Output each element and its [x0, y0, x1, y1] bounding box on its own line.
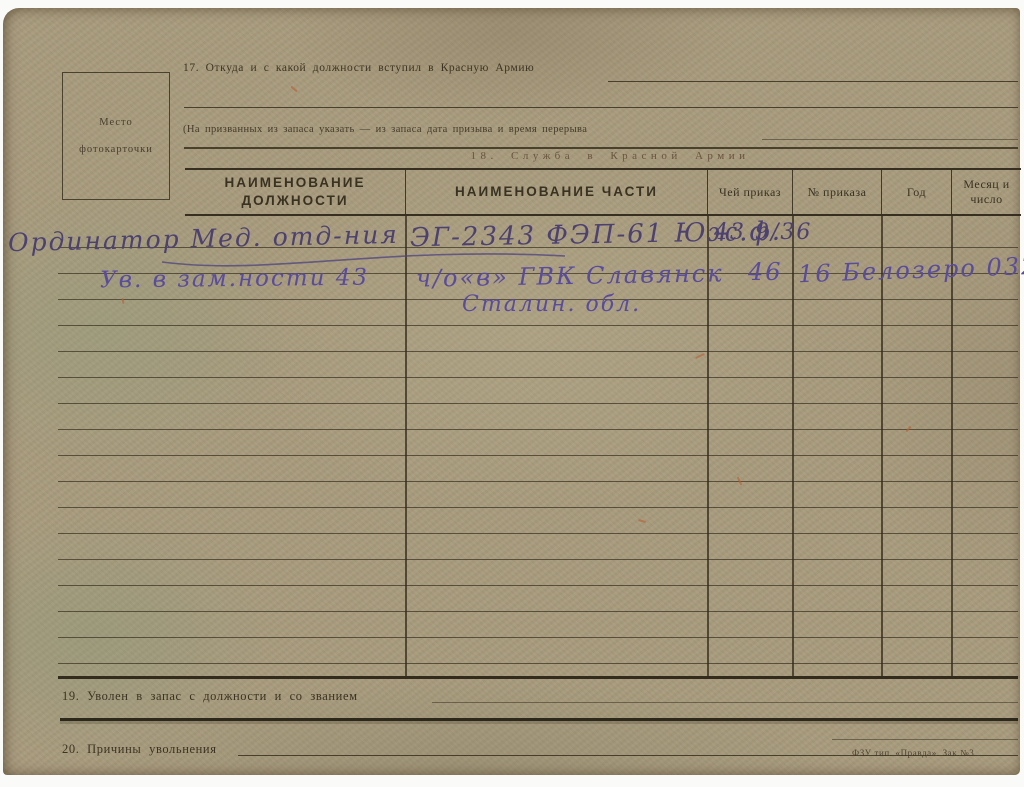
scanned-service-record-page: Место фотокарточки 17. Откуда и с какой … [0, 0, 1024, 787]
column-divider-1 [405, 216, 407, 676]
column-divider-5 [951, 216, 953, 676]
column-header-order-no: № приказа [792, 170, 881, 214]
field-label-19: 19. Уволен в запас с должности и со зван… [62, 689, 358, 704]
handwriting-entry1-whose-order: 43 9/36 [714, 220, 812, 245]
fill-line-19 [432, 702, 1018, 703]
table-bottom-border [58, 676, 1018, 679]
handwriting-entry2-position: Ув. в зам.ности 43 [100, 265, 369, 294]
reserve-note-label: (На призванных из запаса указать — из за… [183, 124, 587, 135]
field-label-17: 17. Откуда и с какой должности вступил в… [183, 62, 534, 74]
service-table-header: НАИМЕНОВАНИЕ ДОЛЖНОСТИ НАИМЕНОВАНИЕ ЧАСТ… [185, 168, 1021, 216]
handwriting-entry2-unit-line2: Сталин. обл. [462, 292, 641, 317]
photo-placeholder-line2: фотокарточки [79, 144, 153, 155]
handwriting-entry2-unit: ч/о«в» ГВК Славянск [416, 259, 724, 292]
blank-line-17b [184, 107, 1018, 108]
column-header-year: Год [881, 170, 951, 214]
blank-line-reserve [184, 147, 1018, 149]
section-18-title: 18. Служба в Красной Армии [300, 150, 920, 162]
photo-placeholder-box: Место фотокарточки [62, 72, 170, 200]
fill-line-17 [608, 81, 1018, 82]
printer-imprint: ФЗУ тип. «Правда». Зак.№3 [852, 748, 974, 758]
fill-line-reserve [762, 139, 1018, 140]
separator-heavy-line [60, 718, 1018, 721]
photo-placeholder-line1: Место [99, 117, 132, 128]
field-label-20: 20. Причины увольнения [62, 742, 217, 757]
handwriting-entry2-whose-order: 46 [748, 258, 783, 286]
fill-line-right-short [832, 739, 1018, 740]
column-divider-3 [792, 216, 794, 676]
column-header-whose-order: Чей приказ [707, 170, 792, 214]
column-header-month-day: Месяц и число [951, 170, 1021, 214]
column-header-unit: НАИМЕНОВАНИЕ ЧАСТИ [405, 170, 707, 214]
column-header-position: НАИМЕНОВАНИЕ ДОЛЖНОСТИ [185, 170, 405, 214]
